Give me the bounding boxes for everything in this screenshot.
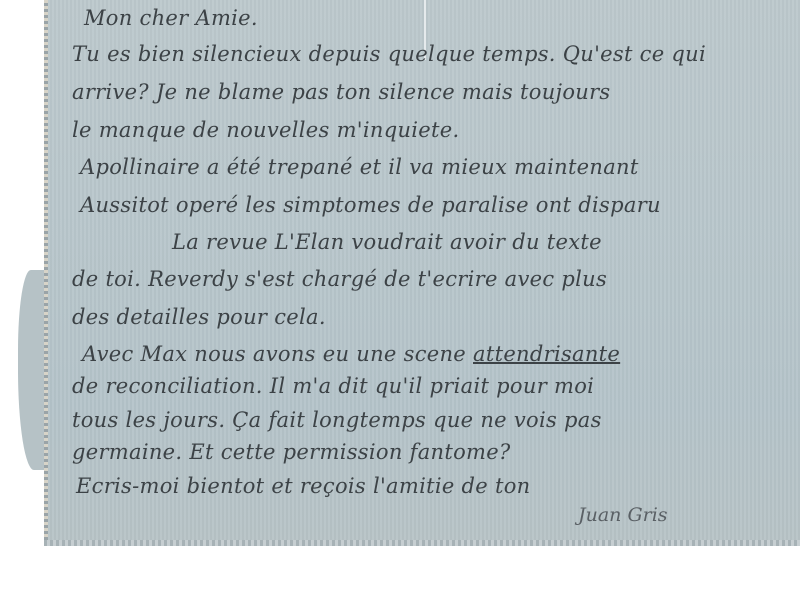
letter-line-6: La revue L'Elan voudrait avoir du texte [172, 230, 602, 254]
letter-line-4: Apollinaire a été trepané et il va mieux… [80, 155, 639, 179]
letter-line-8: des detailles pour cela. [72, 305, 326, 329]
letter-line-3: le manque de nouvelles m'inquiete. [72, 118, 459, 142]
letter-line-2: arrive? Je ne blame pas ton silence mais… [72, 80, 611, 104]
paper-bottom-edge [44, 540, 800, 546]
letter-line-12: germaine. Et cette permission fantome? [72, 440, 511, 464]
letter-line-9: Avec Max nous avons eu une scene attendr… [82, 342, 620, 366]
perforated-edge [44, 0, 48, 540]
letter-line-11: tous les jours. Ça fait longtemps que ne… [72, 408, 602, 432]
signature: Juan Gris [578, 504, 668, 526]
letter-line-1: Tu es bien silencieux depuis quelque tem… [72, 42, 706, 66]
underlined-word: attendrisante [473, 342, 620, 366]
letter-line-10: de reconciliation. Il m'a dit qu'il pria… [72, 374, 594, 398]
letter-line-13: Ecris-moi bientot et reçois l'amitie de … [76, 474, 531, 498]
letter-line-5: Aussitot operé les simptomes de paralise… [80, 193, 661, 217]
salutation: Mon cher Amie. [84, 6, 258, 30]
letter-line-7: de toi. Reverdy s'est chargé de t'ecrire… [72, 267, 607, 291]
